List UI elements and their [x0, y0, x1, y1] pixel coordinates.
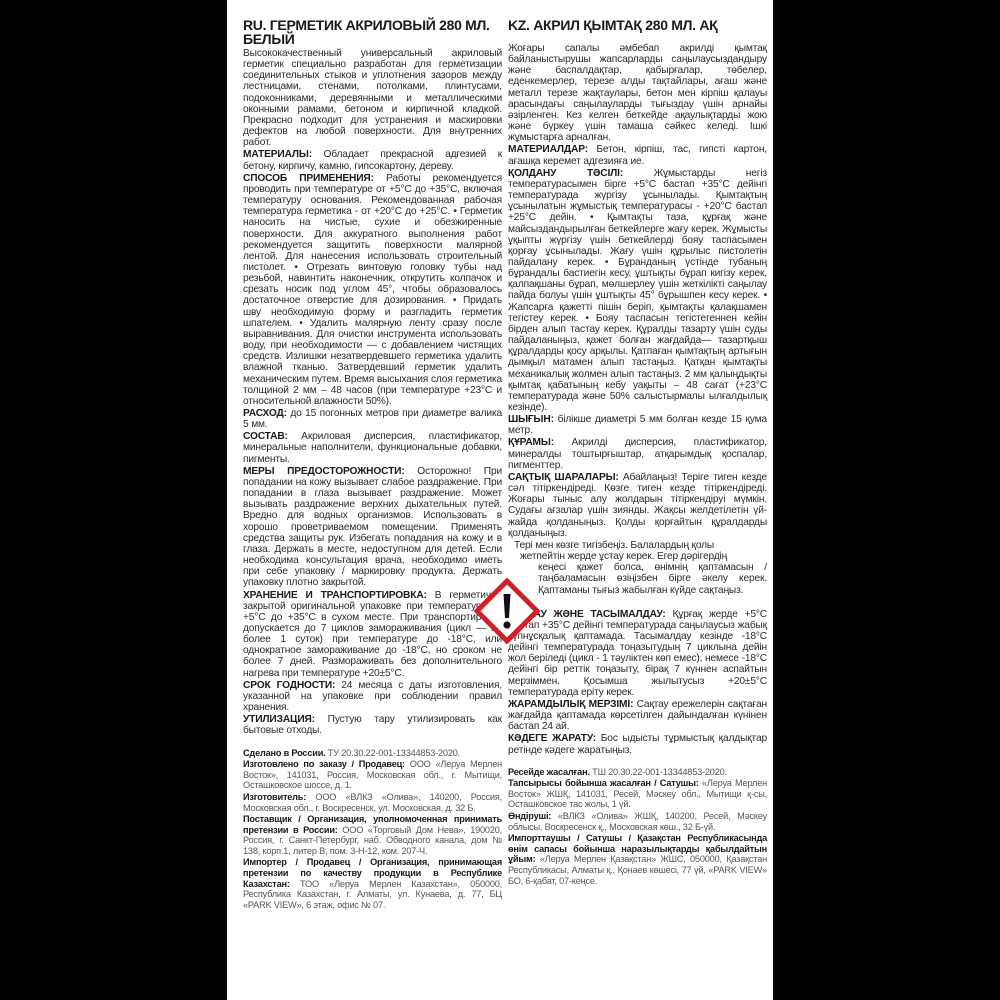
ru-legal-supplier: Поставщик / Организация, уполномоченная …: [243, 814, 502, 856]
kz-precautions-cont-2: жетпейтін жерде ұстау керек. Егер дәріге…: [508, 551, 767, 562]
ru-legal-manufacturer: Изготовитель: ООО «ВЛКЗ «Олива», 140200,…: [243, 792, 502, 813]
russian-column: RU. ГЕРМЕТИК АКРИЛОВЫЙ 280 МЛ. БЕЛЫЙ Выс…: [243, 18, 502, 911]
ru-section-composition: СОСТАВ: Акриловая дисперсия, пластификат…: [243, 431, 502, 464]
ru-legal-importer: Импортер / Продавец / Организация, прини…: [243, 857, 502, 910]
kz-section-application: ҚОЛДАНУ ТӘСІЛІ: Жұмыстарды негіз темпера…: [508, 168, 767, 413]
kz-section-precautions: САҚТЫҚ ШАРАЛАРЫ: Абайлаңыз! Теріге тиген…: [508, 472, 767, 539]
kz-legal-info: Ресейде жасалған. ТШ 20.30.22-001-133448…: [508, 767, 767, 887]
exclamation-mark-warning-icon: [474, 578, 540, 644]
kz-section-storage: САҚТАУ ЖӘНЕ ТАСЫМАЛДАУ: Құрғақ жерде +5°…: [508, 609, 767, 698]
ru-legal-origin: Сделано в России. ТУ 20.30.22-001-133448…: [243, 748, 502, 759]
ru-section-storage: ХРАНЕНИЕ И ТРАНСПОРТИРОВКА: В герметично…: [243, 590, 502, 679]
kz-section-shelf-life: ЖАРАМДЫЛЫҚ МЕРЗІМІ: Сақтау ережелерін са…: [508, 699, 767, 732]
kz-legal-origin: Ресейде жасалған. ТШ 20.30.22-001-133448…: [508, 767, 767, 778]
ru-title: RU. ГЕРМЕТИК АКРИЛОВЫЙ 280 МЛ. БЕЛЫЙ: [243, 18, 502, 46]
kazakh-column: KZ. АКРИЛ ҚЫМТАҚ 280 МЛ. АҚ Жоғары сапал…: [508, 18, 767, 887]
ru-section-precautions: МЕРЫ ПРЕДОСТОРОЖНОСТИ: Осторожно! При по…: [243, 466, 502, 589]
kz-precautions-cont-3: кеңесі қажет болса, өнімнің қаптамасын /…: [508, 562, 767, 595]
ru-intro: Высококачественный универсальный акрилов…: [243, 48, 502, 148]
kz-section-composition: ҚҰРАМЫ: Акрилді дисперсия, пластификатор…: [508, 437, 767, 470]
kz-legal-seller: Тапсырысы бойынша жасалған / Сатушы: «Ле…: [508, 778, 767, 810]
ru-section-application: СПОСОБ ПРИМЕНЕНИЯ: Работы рекомендуется …: [243, 173, 502, 407]
ru-section-consumption: РАСХОД: до 15 погонных метров при диамет…: [243, 408, 502, 430]
kz-intro: Жоғары сапалы әмбебап акрилді қымтақ бай…: [508, 43, 767, 143]
kz-section-consumption: ШЫҒЫН: білікше диаметрі 5 мм болған кезд…: [508, 414, 767, 436]
ru-section-disposal: УТИЛИЗАЦИЯ: Пустую тару утилизировать ка…: [243, 714, 502, 736]
ru-section-shelf-life: СРОК ГОДНОСТИ: 24 месяца с даты изготовл…: [243, 680, 502, 713]
ru-legal-seller: Изготовлено по заказу / Продавец: ООО «Л…: [243, 759, 502, 791]
kz-title: KZ. АКРИЛ ҚЫМТАҚ 280 МЛ. АҚ: [508, 18, 767, 32]
kz-section-materials: МАТЕРИАЛДАР: Бетон, кірпіш, тас, гипсті …: [508, 144, 767, 166]
ru-legal-info: Сделано в России. ТУ 20.30.22-001-133448…: [243, 748, 502, 911]
ru-section-materials: МАТЕРИАЛЫ: Обладает прекрасной адгезией …: [243, 149, 502, 171]
kz-precautions-cont-1: Тері мен көзге тигізбеңіз. Балалардың қо…: [508, 540, 767, 551]
kz-section-disposal: КӘДЕГЕ ЖАРАТУ: Бос ыдысты тұрмыстық қалд…: [508, 733, 767, 755]
kz-legal-manufacturer: Өндіруші: «ВЛКЗ «Олива» ЖШҚ, 140200, Рес…: [508, 811, 767, 832]
kz-legal-importer: Импорттаушы / Сатушы / Қазақстан Республ…: [508, 833, 767, 886]
product-label: RU. ГЕРМЕТИК АКРИЛОВЫЙ 280 МЛ. БЕЛЫЙ Выс…: [227, 0, 773, 1000]
